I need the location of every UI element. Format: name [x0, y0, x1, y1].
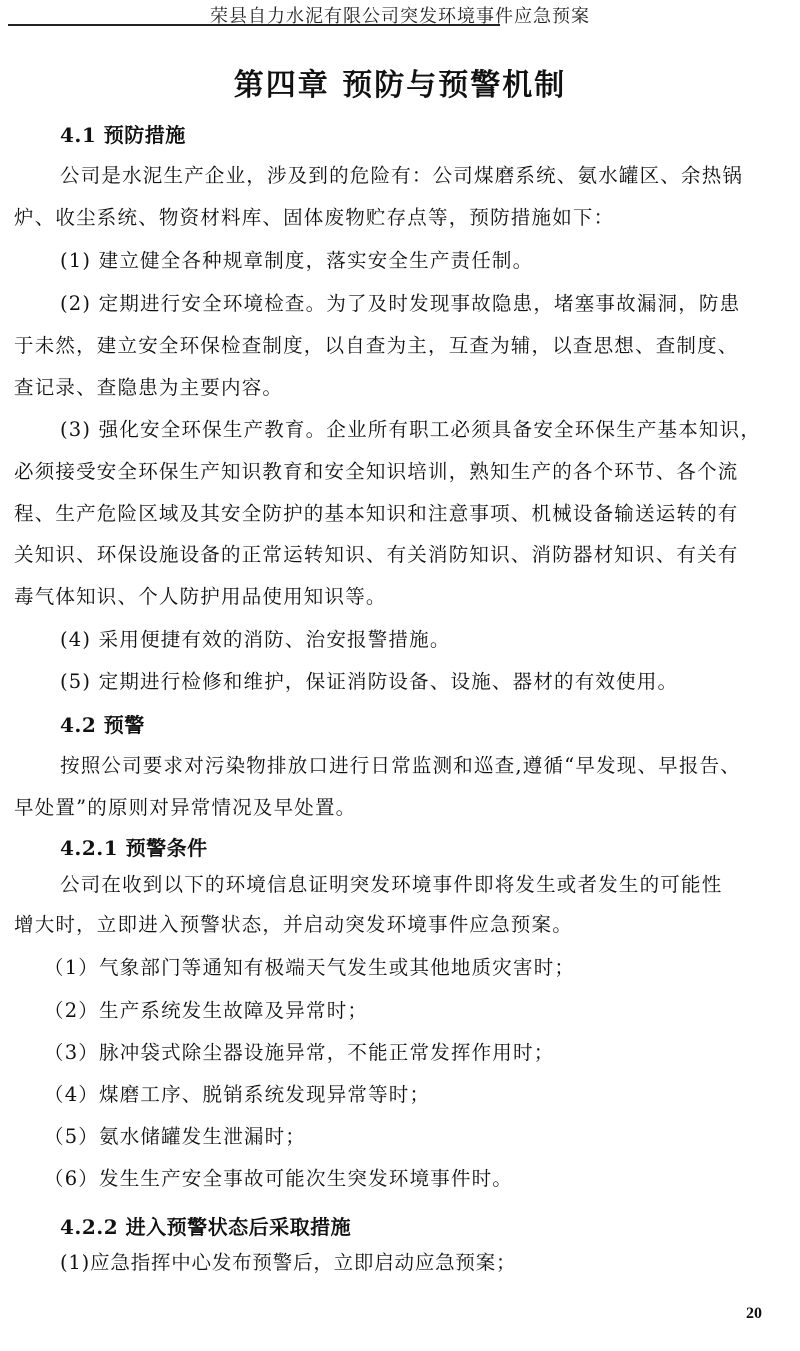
paragraph-line: 公司是水泥生产企业，涉及到的危险有：公司煤磨系统、氨水罐区、余热锅 [60, 160, 743, 188]
condition-item-3: （3）脉冲袋式除尘器设施异常，不能正常发挥作用时； [44, 1037, 554, 1065]
list-item-3-cont: 关知识、环保设施设备的正常运转知识、有关消防知识、消防器材知识、有关有 [14, 539, 739, 567]
paragraph-line: 公司在收到以下的环境信息证明突发环境事件即将发生或者发生的可能性 [60, 869, 722, 897]
section-heading-4-2: 4.2 预警 [60, 709, 145, 738]
condition-item-5: （5）氨水储罐发生泄漏时； [44, 1121, 306, 1149]
list-item-2-cont: 于未然，建立安全环保检查制度，以自查为主，互查为辅，以查思想、查制度、 [14, 330, 739, 358]
header-rule-line [8, 24, 499, 26]
list-item-4: (4) 采用便捷有效的消防、治安报警措施。 [60, 624, 451, 652]
paragraph-line: 炉、收尘系统、物资材料库、固体废物贮存点等，预防措施如下： [14, 202, 614, 230]
list-item-3-cont: 毒气体知识、个人防护用品使用知识等。 [14, 581, 387, 609]
paragraph-line: 按照公司要求对污染物排放口进行日常监测和巡查,遵循“早发现、早报告、 [60, 750, 741, 778]
measure-item-1: (1)应急指挥中心发布预警后，立即启动应急预案； [60, 1247, 516, 1275]
list-item-2: (2) 定期进行安全环境检查。为了及时发现事故隐患，堵塞事故漏洞，防患 [60, 288, 740, 316]
list-item-3: (3) 强化安全环保生产教育。企业所有职工必须具备安全环保生产基本知识， [60, 414, 761, 442]
condition-item-6: （6）发生生产安全事故可能次生突发环境事件时。 [44, 1163, 513, 1191]
condition-item-1: （1）气象部门等通知有极端天气发生或其他地质灾害时； [44, 952, 575, 980]
chapter-title: 第四章 预防与预警机制 [0, 60, 800, 104]
paragraph-line: 增大时，立即进入预警状态，并启动突发环境事件应急预案。 [14, 909, 573, 937]
list-item-5: (5) 定期进行检修和维护，保证消防设备、设施、器材的有效使用。 [60, 666, 678, 694]
section-heading-4-1: 4.1 预防措施 [60, 119, 186, 148]
list-item-1: (1) 建立健全各种规章制度，落实安全生产责任制。 [60, 245, 533, 273]
list-item-3-cont: 必须接受安全环保生产知识教育和安全知识培训，熟知生产的各个环节、各个流 [14, 456, 739, 484]
section-heading-4-2-2: 4.2.2 进入预警状态后采取措施 [60, 1211, 351, 1240]
list-item-3-cont: 程、生产危险区域及其安全防护的基本知识和注意事项、机械设备输送运转的有 [14, 498, 739, 526]
list-item-2-cont: 查记录、查隐患为主要内容。 [14, 372, 283, 400]
condition-item-4: （4）煤磨工序、脱销系统发现异常等时； [44, 1079, 430, 1107]
condition-item-2: （2）生产系统发生故障及异常时； [44, 995, 368, 1023]
page-number: 20 [746, 1305, 762, 1323]
paragraph-line: 早处置”的原则对异常情况及早处置。 [14, 792, 356, 820]
section-heading-4-2-1: 4.2.1 预警条件 [60, 832, 208, 861]
